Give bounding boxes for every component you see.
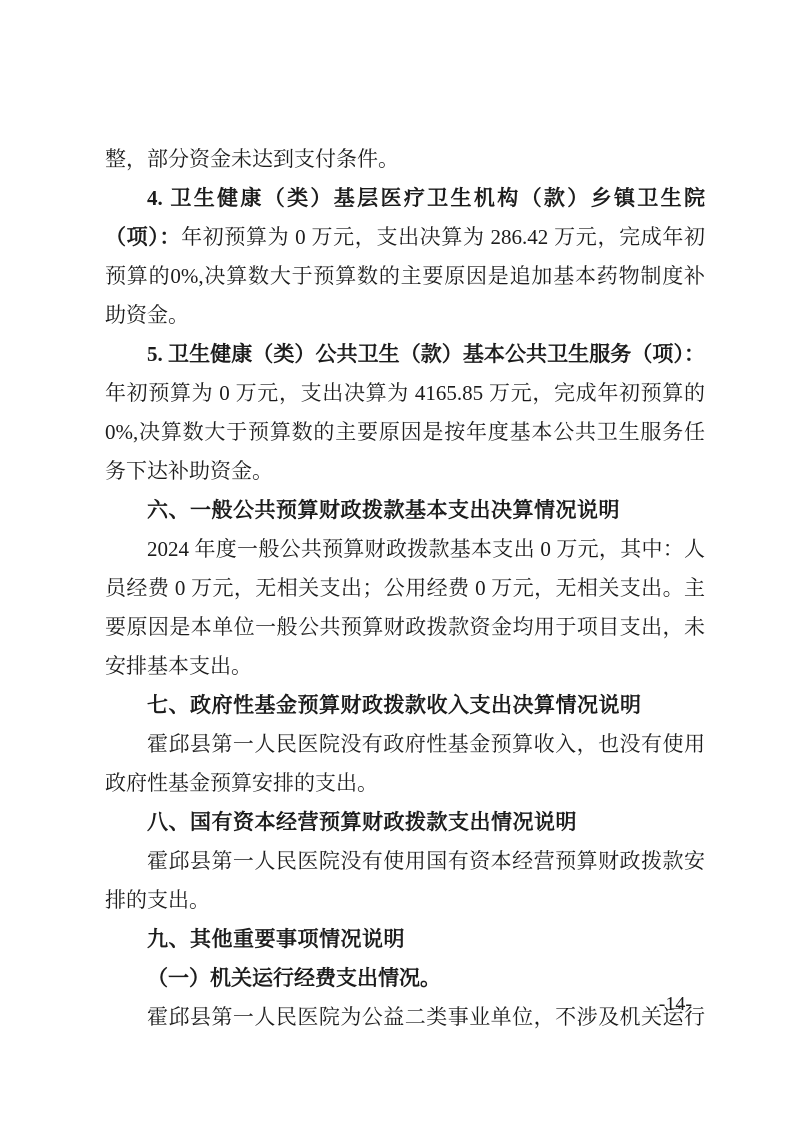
section-7-paragraph: 霍邱县第一人民医院没有政府性基金预算收入，也没有使用政府性基金预算安排的支出。 (105, 725, 705, 803)
budget-item-5-body: 年初预算为 0 万元，支出决算为 4165.85 万元，完成年初预算的 0%,决… (105, 381, 705, 483)
budget-item-4: 4. 卫生健康（类）基层医疗卫生机构（款）乡镇卫生院（项）：年初预算为 0 万元… (105, 179, 705, 335)
text-body: 整，部分资金未达到支付条件。 4. 卫生健康（类）基层医疗卫生机构（款）乡镇卫生… (105, 140, 705, 1037)
budget-item-5-title: 5. 卫生健康（类）公共卫生（款）基本公共卫生服务（项）： (147, 342, 705, 366)
budget-item-4-body: 年初预算为 0 万元，支出决算为 286.42 万元，完成年初预算的0%,决算数… (105, 225, 705, 327)
budget-item-5: 5. 卫生健康（类）公共卫生（款）基本公共卫生服务（项）：年初预算为 0 万元，… (105, 335, 705, 491)
section-heading-8: 八、国有资本经营预算财政拨款支出情况说明 (105, 803, 705, 842)
section-heading-7: 七、政府性基金预算财政拨款收入支出决算情况说明 (105, 686, 705, 725)
section-heading-6: 六、一般公共预算财政拨款基本支出决算情况说明 (105, 491, 705, 530)
paragraph-continuation: 整，部分资金未达到支付条件。 (105, 140, 705, 179)
document-page: 整，部分资金未达到支付条件。 4. 卫生健康（类）基层医疗卫生机构（款）乡镇卫生… (0, 0, 793, 1122)
section-8-paragraph: 霍邱县第一人民医院没有使用国有资本经营预算财政拨款安排的支出。 (105, 842, 705, 920)
section-6-paragraph: 2024 年度一般公共预算财政拨款基本支出 0 万元，其中：人员经费 0 万元，… (105, 530, 705, 686)
section-heading-9: 九、其他重要事项情况说明 (105, 920, 705, 959)
page-number: -14- (0, 991, 692, 1017)
